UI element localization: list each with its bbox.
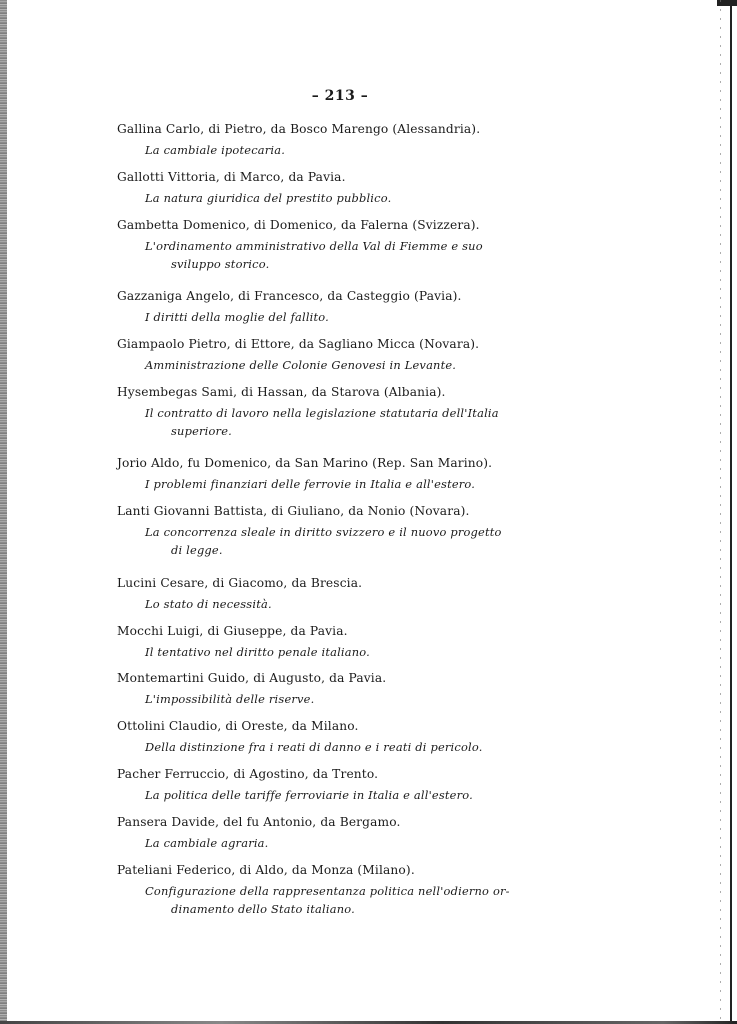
list-item: Gallina Carlo, di Pietro, da Bosco Maren…: [117, 117, 562, 165]
scan-edge-left: [0, 0, 7, 1024]
entry-title: La natura giuridica del prestito pubblic…: [117, 189, 562, 207]
list-item: Montemartini Guido, di Augusto, da Pavia…: [117, 666, 562, 714]
entry-author: Gambetta Domenico, di Domenico, da Faler…: [117, 213, 562, 237]
entry-title: I diritti della moglie del fallito.: [117, 308, 562, 326]
list-item: Gazzaniga Angelo, di Francesco, da Caste…: [117, 284, 562, 332]
entry-author: Giampaolo Pietro, di Ettore, da Sagliano…: [117, 332, 562, 356]
list-item: Giampaolo Pietro, di Ettore, da Sagliano…: [117, 332, 562, 380]
entry-title: La cambiale ipotecaria.: [117, 141, 562, 159]
entry-author: Montemartini Guido, di Augusto, da Pavia…: [117, 666, 562, 690]
entry-title: L'ordinamento amministrativo della Val d…: [117, 237, 562, 273]
entry-title-line1: Configurazione della rappresentanza poli…: [145, 884, 510, 898]
page-number: – 213 –: [0, 88, 680, 104]
entry-author: Pateliani Federico, di Aldo, da Monza (M…: [117, 858, 562, 882]
list-item: Ottolini Claudio, di Oreste, da Milano. …: [117, 714, 562, 762]
list-item: Lucini Cesare, di Giacomo, da Brescia. L…: [117, 571, 562, 619]
list-item: Gambetta Domenico, di Domenico, da Faler…: [117, 213, 562, 285]
entry-title-line1: La concorrenza sleale in diritto svizzer…: [145, 525, 502, 539]
entry-title-line1: L'ordinamento amministrativo della Val d…: [145, 239, 483, 253]
entry-author: Mocchi Luigi, di Giuseppe, da Pavia.: [117, 619, 562, 643]
scanned-page: – 213 – Gallina Carlo, di Pietro, da Bos…: [0, 0, 737, 1024]
entry-title: L'impossibilità delle riserve.: [117, 690, 562, 708]
entry-author: Hysembegas Sami, di Hassan, da Starova (…: [117, 380, 562, 404]
entry-author: Pacher Ferruccio, di Agostino, da Trento…: [117, 762, 562, 786]
list-item: Lanti Giovanni Battista, di Giuliano, da…: [117, 499, 562, 571]
list-item: Hysembegas Sami, di Hassan, da Starova (…: [117, 380, 562, 452]
entry-author: Ottolini Claudio, di Oreste, da Milano.: [117, 714, 562, 738]
entry-title: I problemi finanziari delle ferrovie in …: [117, 475, 562, 493]
entry-author: Lanti Giovanni Battista, di Giuliano, da…: [117, 499, 562, 523]
entry-title: La politica delle tariffe ferroviarie in…: [117, 786, 562, 804]
entry-title-line2: sviluppo storico.: [145, 255, 562, 273]
entry-author: Lucini Cesare, di Giacomo, da Brescia.: [117, 571, 562, 595]
entry-title: La concorrenza sleale in diritto svizzer…: [117, 523, 562, 559]
entry-author: Gazzaniga Angelo, di Francesco, da Caste…: [117, 284, 562, 308]
list-item: Pansera Davide, del fu Antonio, da Berga…: [117, 810, 562, 858]
entry-title: Amministrazione delle Colonie Genovesi i…: [117, 356, 562, 374]
entry-title: La cambiale agraria.: [117, 834, 562, 852]
entry-title-line2: di legge.: [145, 541, 562, 559]
scan-edge-right: [730, 0, 732, 1024]
list-item: Jorio Aldo, fu Domenico, da San Marino (…: [117, 451, 562, 499]
list-item: Pateliani Federico, di Aldo, da Monza (M…: [117, 858, 562, 930]
entry-title: Il tentativo nel diritto penale italiano…: [117, 643, 562, 661]
entry-author: Gallina Carlo, di Pietro, da Bosco Maren…: [117, 117, 562, 141]
list-item: Gallotti Vittoria, di Marco, da Pavia. L…: [117, 165, 562, 213]
entry-author: Jorio Aldo, fu Domenico, da San Marino (…: [117, 451, 562, 475]
thesis-list: Gallina Carlo, di Pietro, da Bosco Maren…: [117, 117, 562, 929]
entry-title: Lo stato di necessità.: [117, 595, 562, 613]
entry-title: Il contratto di lavoro nella legislazion…: [117, 404, 562, 440]
entry-title-line2: superiore.: [145, 422, 562, 440]
entry-title: Della distinzione fra i reati di danno e…: [117, 738, 562, 756]
entry-title: Configurazione della rappresentanza poli…: [117, 882, 562, 918]
entry-title-line1: Il contratto di lavoro nella legislazion…: [145, 406, 499, 420]
list-item: Mocchi Luigi, di Giuseppe, da Pavia. Il …: [117, 619, 562, 667]
entry-title-line2: dinamento dello Stato italiano.: [145, 900, 562, 918]
entry-author: Pansera Davide, del fu Antonio, da Berga…: [117, 810, 562, 834]
entry-author: Gallotti Vittoria, di Marco, da Pavia.: [117, 165, 562, 189]
list-item: Pacher Ferruccio, di Agostino, da Trento…: [117, 762, 562, 810]
scan-edge-right-dots: [720, 0, 721, 1024]
